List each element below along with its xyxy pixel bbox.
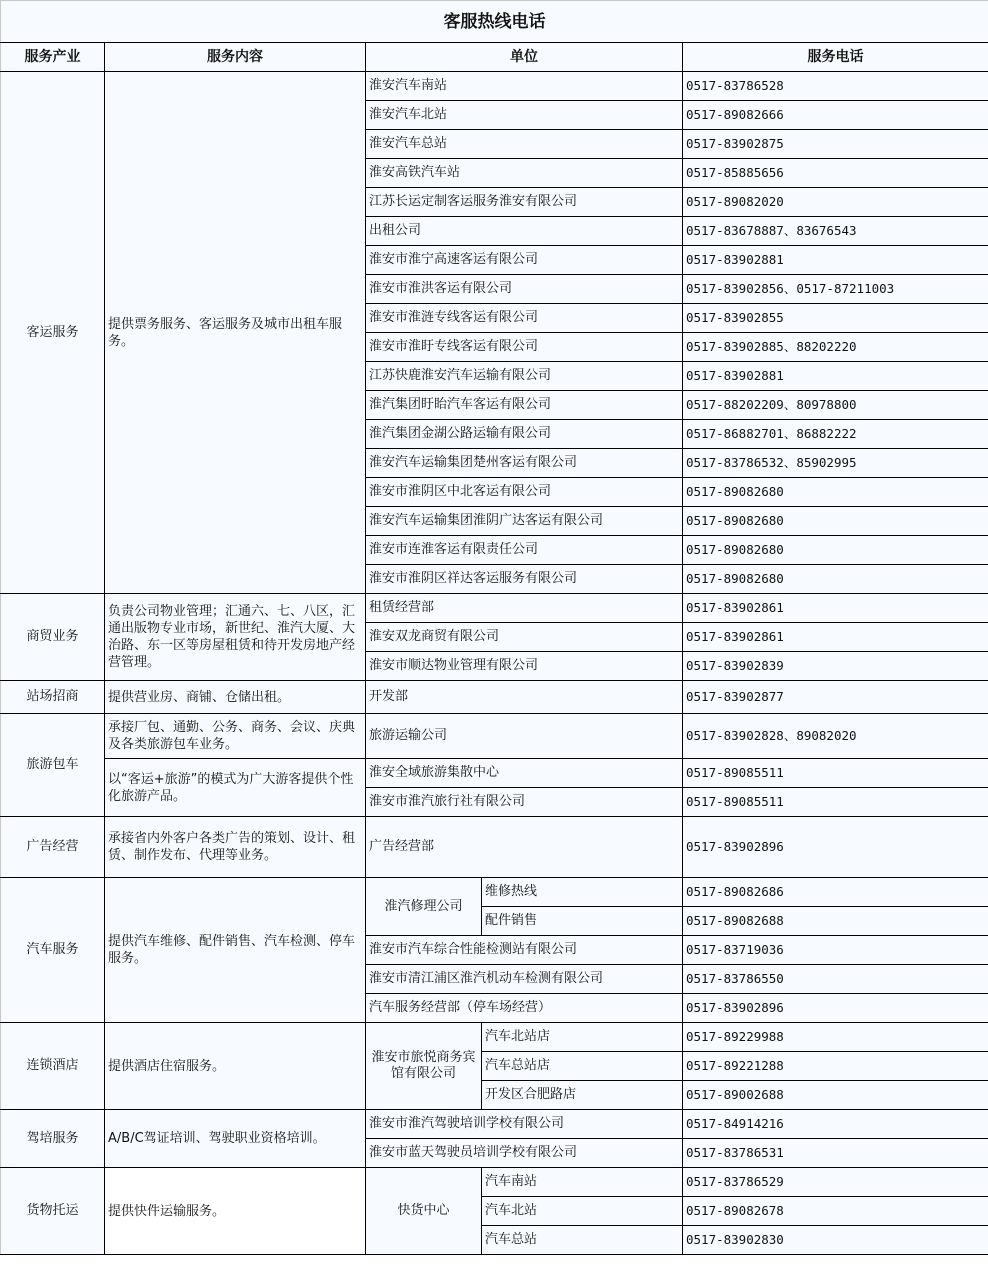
unit-cell: 淮安市淮涟专线客运有限公司: [366, 304, 683, 333]
header-content: 服务内容: [105, 43, 366, 72]
header-row: 服务产业 服务内容 单位 服务电话: [1, 43, 988, 72]
industry-cell: 连锁酒店: [1, 1023, 105, 1110]
description-cell: 提供酒店住宿服务。: [105, 1023, 366, 1110]
phone-cell: 0517-89082680: [683, 536, 988, 565]
unit-cell: 汽车服务经营部（停车场经营）: [366, 994, 683, 1023]
company-cell: 淮安市旅悦商务宾馆有限公司: [366, 1023, 482, 1110]
phone-cell: 0517-83902896: [683, 994, 988, 1023]
unit-cell: 广告经营部: [366, 817, 683, 878]
description-cell: 提供汽车维修、配件销售、汽车检测、停车服务。: [105, 878, 366, 1023]
phone-cell: 0517-83902861: [683, 623, 988, 652]
description-cell: 提供票务服务、客运服务及城市出租车服务。: [105, 72, 366, 594]
title-row: 客服热线电话: [1, 1, 988, 43]
phone-cell: 0517-85885656: [683, 159, 988, 188]
phone-cell: 0517-89229988: [683, 1023, 988, 1052]
phone-cell: 0517-84914216: [683, 1110, 988, 1139]
phone-cell: 0517-83786528: [683, 72, 988, 101]
unit-cell: 淮安市蓝天驾驶员培训学校有限公司: [366, 1139, 683, 1168]
phone-cell: 0517-83902830: [683, 1226, 988, 1255]
unit-cell: 淮汽集团盱眙汽车客运有限公司: [366, 391, 683, 420]
unit-cell: 淮安汽车南站: [366, 72, 683, 101]
phone-cell: 0517-89085511: [683, 759, 988, 788]
phone-cell: 0517-89002688: [683, 1081, 988, 1110]
sub-unit-cell: 汽车总站店: [482, 1052, 683, 1081]
unit-cell: 淮安汽车总站: [366, 130, 683, 159]
sub-unit-cell: 汽车总站: [482, 1226, 683, 1255]
description-cell: 负责公司物业管理；汇通六、七、八区，汇通出版物专业市场，新世纪、淮汽大厦、大治路…: [105, 594, 366, 681]
table-row: 站场招商 提供营业房、商铺、仓储出租。 开发部 0517-83902877: [1, 681, 988, 714]
phone-cell: 0517-83902861: [683, 594, 988, 623]
phone-cell: 0517-89082680: [683, 507, 988, 536]
unit-cell: 出租公司: [366, 217, 683, 246]
unit-cell: 淮安市清江浦区淮汽机动车检测有限公司: [366, 965, 683, 994]
phone-cell: 0517-83902885、88202220: [683, 333, 988, 362]
description-cell: A/B/C驾证培训、驾驶职业资格培训。: [105, 1110, 366, 1168]
phone-cell: 0517-89082688: [683, 907, 988, 936]
table-row: 货物托运 提供快件运输服务。 快货中心 汽车南站 0517-83786529: [1, 1168, 988, 1197]
table-row: 以“客运+旅游”的模式为广大游客提供个性化旅游产品。 淮安全域旅游集散中心 05…: [1, 759, 988, 788]
unit-cell: 淮安市淮汽旅行社有限公司: [366, 788, 683, 817]
phone-cell: 0517-86882701、86882222: [683, 420, 988, 449]
phone-cell: 0517-89082686: [683, 878, 988, 907]
hotline-table: 客服热线电话 服务产业 服务内容 单位 服务电话 客运服务 提供票务服务、客运服…: [0, 0, 988, 1255]
table-row: 汽车服务 提供汽车维修、配件销售、汽车检测、停车服务。 淮汽修理公司 维修热线 …: [1, 878, 988, 907]
phone-cell: 0517-83678887、83676543: [683, 217, 988, 246]
industry-cell: 旅游包车: [1, 714, 105, 817]
description-cell: 承接省内外客户各类广告的策划、设计、租赁、制作发布、代理等业务。: [105, 817, 366, 878]
description-cell: 承接厂包、通勤、公务、商务、会议、庆典及各类旅游包车业务。: [105, 714, 366, 759]
industry-cell: 货物托运: [1, 1168, 105, 1255]
sub-unit-cell: 配件销售: [482, 907, 683, 936]
unit-cell: 淮汽集团金湖公路运输有限公司: [366, 420, 683, 449]
unit-cell: 淮安汽车运输集团淮阴广达客运有限公司: [366, 507, 683, 536]
unit-cell: 淮安市淮宁高速客运有限公司: [366, 246, 683, 275]
phone-cell: 0517-83786531: [683, 1139, 988, 1168]
table-title: 客服热线电话: [1, 1, 988, 43]
description-cell: 提供快件运输服务。: [105, 1168, 366, 1255]
header-phone: 服务电话: [683, 43, 988, 72]
table-row: 驾培服务 A/B/C驾证培训、驾驶职业资格培训。 淮安市淮汽驾驶培训学校有限公司…: [1, 1110, 988, 1139]
sub-unit-cell: 开发区合肥路店: [482, 1081, 683, 1110]
sub-unit-cell: 汽车北站店: [482, 1023, 683, 1052]
table-row: 广告经营 承接省内外客户各类广告的策划、设计、租赁、制作发布、代理等业务。 广告…: [1, 817, 988, 878]
phone-cell: 0517-83902856、0517-87211003: [683, 275, 988, 304]
unit-cell: 开发部: [366, 681, 683, 714]
table-row: 商贸业务 负责公司物业管理；汇通六、七、八区，汇通出版物专业市场，新世纪、淮汽大…: [1, 594, 988, 623]
unit-cell: 淮安汽车运输集团楚州客运有限公司: [366, 449, 683, 478]
phone-cell: 0517-89082680: [683, 565, 988, 594]
phone-cell: 0517-83902875: [683, 130, 988, 159]
unit-cell: 淮安汽车北站: [366, 101, 683, 130]
industry-cell: 站场招商: [1, 681, 105, 714]
phone-cell: 0517-83902881: [683, 246, 988, 275]
header-industry: 服务产业: [1, 43, 105, 72]
unit-cell: 淮安市淮汽驾驶培训学校有限公司: [366, 1110, 683, 1139]
unit-cell: 租赁经营部: [366, 594, 683, 623]
company-cell: 快货中心: [366, 1168, 482, 1255]
company-cell: 淮汽修理公司: [366, 878, 482, 936]
phone-cell: 0517-83786550: [683, 965, 988, 994]
phone-cell: 0517-89082020: [683, 188, 988, 217]
table-row: 客运服务 提供票务服务、客运服务及城市出租车服务。 淮安汽车南站 0517-83…: [1, 72, 988, 101]
phone-cell: 0517-83902881: [683, 362, 988, 391]
description-cell: 以“客运+旅游”的模式为广大游客提供个性化旅游产品。: [105, 759, 366, 817]
industry-cell: 商贸业务: [1, 594, 105, 681]
phone-cell: 0517-83902896: [683, 817, 988, 878]
phone-cell: 0517-83786532、85902995: [683, 449, 988, 478]
phone-cell: 0517-83902828、89082020: [683, 714, 988, 759]
industry-cell: 汽车服务: [1, 878, 105, 1023]
industry-cell: 驾培服务: [1, 1110, 105, 1168]
industry-cell: 广告经营: [1, 817, 105, 878]
phone-cell: 0517-83902855: [683, 304, 988, 333]
phone-cell: 0517-83902877: [683, 681, 988, 714]
phone-cell: 0517-83719036: [683, 936, 988, 965]
unit-cell: 江苏快鹿淮安汽车运输有限公司: [366, 362, 683, 391]
description-cell: 提供营业房、商铺、仓储出租。: [105, 681, 366, 714]
unit-cell: 淮安市淮阴区中北客运有限公司: [366, 478, 683, 507]
unit-cell: 淮安市连淮客运有限责任公司: [366, 536, 683, 565]
phone-cell: 0517-83902839: [683, 652, 988, 681]
unit-cell: 淮安双龙商贸有限公司: [366, 623, 683, 652]
unit-cell: 淮安全域旅游集散中心: [366, 759, 683, 788]
header-unit: 单位: [366, 43, 683, 72]
unit-cell: 淮安市淮阴区祥达客运服务有限公司: [366, 565, 683, 594]
phone-cell: 0517-89082678: [683, 1197, 988, 1226]
unit-cell: 淮安高铁汽车站: [366, 159, 683, 188]
unit-cell: 淮安市淮洪客运有限公司: [366, 275, 683, 304]
phone-cell: 0517-89082680: [683, 478, 988, 507]
phone-cell: 0517-83786529: [683, 1168, 988, 1197]
industry-cell: 客运服务: [1, 72, 105, 594]
table-row: 旅游包车 承接厂包、通勤、公务、商务、会议、庆典及各类旅游包车业务。 旅游运输公…: [1, 714, 988, 759]
sub-unit-cell: 汽车南站: [482, 1168, 683, 1197]
unit-cell: 淮安市顺达物业管理有限公司: [366, 652, 683, 681]
unit-cell: 淮安市汽车综合性能检测站有限公司: [366, 936, 683, 965]
sub-unit-cell: 维修热线: [482, 878, 683, 907]
unit-cell: 淮安市淮盱专线客运有限公司: [366, 333, 683, 362]
phone-cell: 0517-89085511: [683, 788, 988, 817]
hotline-document: 客服热线电话 服务产业 服务内容 单位 服务电话 客运服务 提供票务服务、客运服…: [0, 0, 987, 1255]
sub-unit-cell: 汽车北站: [482, 1197, 683, 1226]
phone-cell: 0517-88202209、80978800: [683, 391, 988, 420]
unit-cell: 旅游运输公司: [366, 714, 683, 759]
phone-cell: 0517-89082666: [683, 101, 988, 130]
phone-cell: 0517-89221288: [683, 1052, 988, 1081]
unit-cell: 江苏长运定制客运服务淮安有限公司: [366, 188, 683, 217]
table-row: 连锁酒店 提供酒店住宿服务。 淮安市旅悦商务宾馆有限公司 汽车北站店 0517-…: [1, 1023, 988, 1052]
